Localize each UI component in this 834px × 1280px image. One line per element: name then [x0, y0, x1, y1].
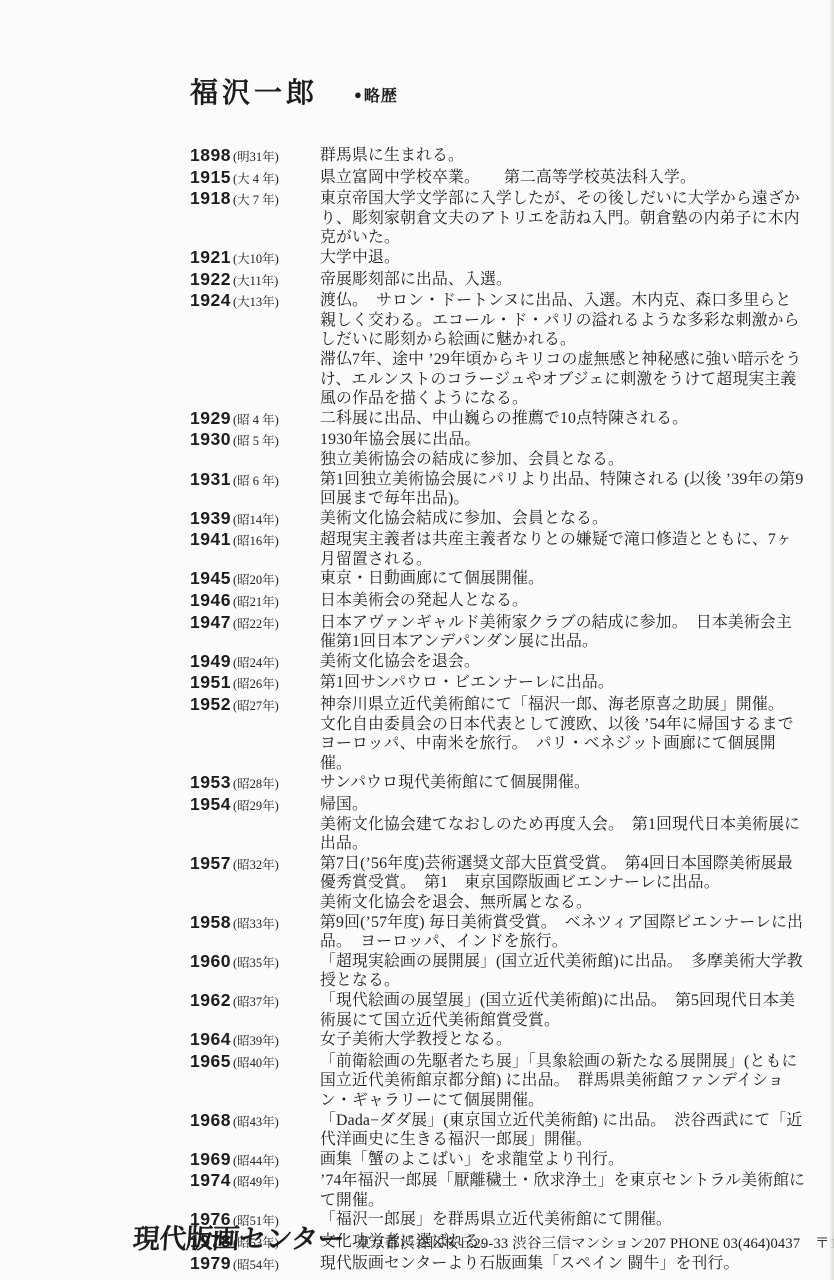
- chronology-entry: 1965(昭40年) 「前衛絵画の先駆者たち展」「具象絵画の新たなる展開展」(と…: [190, 1052, 806, 1111]
- entry-year: 1921: [190, 247, 231, 267]
- entry-paragraphs: ’74年福沢一郎展「厭離穢土・欣求浄土」を東京セントラル美術館にて開催。: [320, 1171, 806, 1210]
- chronology-entry: 1931(昭 6 年) 第1回独立美術協会展にパリより出品、特陳される (以後 …: [190, 470, 806, 509]
- entry-paragraphs: 画集「蟹のよこばい」を求龍堂より刊行。: [320, 1150, 806, 1170]
- entry-year: 1954: [190, 794, 231, 814]
- entry-year-column: 1898(明31年): [190, 146, 320, 168]
- entry-era: (昭22年): [233, 617, 279, 631]
- entry-paragraph: 現代版画センターより石版画集「スペイン 闘牛」を刊行。: [320, 1254, 806, 1274]
- page-title: 福沢一郎: [190, 80, 318, 108]
- entry-year: 1949: [190, 651, 231, 671]
- entry-paragraph: 帰国。: [320, 795, 806, 815]
- chronology-entry: 1939(昭14年) 美術文化協会結成に参加、会員となる。: [190, 509, 806, 531]
- entry-era: (昭49年): [233, 1175, 279, 1189]
- entry-paragraphs: 帰国。美術文化協会建てなおしのため再度入会。 第1回現代日本美術展に出品。: [320, 795, 806, 854]
- entry-year-column: 1958(昭33年): [190, 913, 320, 935]
- entry-era: (昭33年): [233, 917, 279, 931]
- entry-year: 1924: [190, 290, 231, 310]
- entry-paragraphs: 第9回(’57年度) 毎日美術賞受賞。 ベネツィア国際ビエンナーレに出品。 ヨー…: [320, 913, 806, 952]
- entry-paragraph: 「Dada−ダダ展」(東京国立近代美術館) に出品。 渋谷西武にて「近代洋画史に…: [320, 1111, 806, 1150]
- entry-year-column: 1918(大 7 年): [190, 189, 320, 211]
- entry-paragraph: 文化自由委員会の日本代表として渡欧、以後 ’54年に帰国するまでヨーロッパ、中南…: [320, 715, 806, 774]
- chronology-entry: 1953(昭28年) サンパウロ現代美術館にて個展開催。: [190, 773, 806, 795]
- entry-year: 1965: [190, 1051, 231, 1071]
- entry-year: 1947: [190, 612, 231, 632]
- entry-paragraphs: 二科展に出品、中山巍らの推薦で10点特陳される。: [320, 409, 806, 429]
- chronology-entry: 1930(昭 5 年) 1930年協会展に出品。独立美術協会の結成に参加、会員と…: [190, 430, 806, 469]
- subtitle-label: 略歴: [364, 83, 398, 106]
- entry-year-column: 1941(昭16年): [190, 530, 320, 552]
- entry-era: (大13年): [233, 295, 279, 309]
- entry-era: (昭40年): [233, 1056, 279, 1070]
- entry-era: (昭28年): [233, 777, 279, 791]
- entry-paragraph: 第7日(’56年度)芸術選奨文部大臣賞受賞。 第4回日本国際美術展最優秀賞受賞。…: [320, 854, 806, 893]
- entry-paragraph: ’74年福沢一郎展「厭離穢土・欣求浄土」を東京セントラル美術館にて開催。: [320, 1171, 806, 1210]
- bullet-icon: ●: [354, 88, 363, 101]
- entry-paragraphs: 東京帝国大学文学部に入学したが、その後しだいに大学から遠ざかり、彫刻家朝倉文夫の…: [320, 189, 806, 248]
- entry-paragraphs: 県立富岡中学校卒業。 第二高等学校英法科入学。: [320, 168, 806, 188]
- entry-year: 1915: [190, 167, 231, 187]
- chronology-entry: 1954(昭29年) 帰国。美術文化協会建てなおしのため再度入会。 第1回現代日…: [190, 795, 806, 854]
- entry-paragraphs: サンパウロ現代美術館にて個展開催。: [320, 773, 806, 793]
- chronology-entry: 1947(昭22年) 日本アヴァンギャルド美術家クラブの結成に参加。 日本美術会…: [190, 613, 806, 652]
- entry-paragraphs: 「Dada−ダダ展」(東京国立近代美術館) に出品。 渋谷西武にて「近代洋画史に…: [320, 1111, 806, 1150]
- chronology-entry: 1964(昭39年) 女子美術大学教授となる。: [190, 1030, 806, 1052]
- document-footer: 現代版画センター 東京都渋谷区桜丘29-33 渋谷三信マンション207 PHON…: [133, 1226, 834, 1253]
- entry-era: (大 7 年): [233, 193, 279, 207]
- entry-year: 1962: [190, 990, 231, 1010]
- entry-paragraph: 帝展彫刻部に出品、入選。: [320, 270, 806, 290]
- entry-year: 1918: [190, 188, 231, 208]
- entry-year-column: 1979(昭54年): [190, 1254, 320, 1276]
- entry-era: (昭 4 年): [233, 413, 279, 427]
- entry-year-column: 1924(大13年): [190, 291, 320, 313]
- entry-year: 1953: [190, 772, 231, 792]
- entry-year-column: 1951(昭26年): [190, 673, 320, 695]
- chronology-entry: 1962(昭37年) 「現代絵画の展望展」(国立近代美術館)に出品。 第5回現代…: [190, 991, 806, 1030]
- entry-year-column: 1962(昭37年): [190, 991, 320, 1013]
- entry-paragraph: 第1回サンパウロ・ビエンナーレに出品。: [320, 673, 806, 693]
- entry-paragraph: 1930年協会展に出品。: [320, 430, 806, 450]
- entry-paragraph: 第1回独立美術協会展にパリより出品、特陳される (以後 ’39年の第9回展まで毎…: [320, 470, 806, 509]
- publisher-address: 東京都渋谷区桜丘29-33 渋谷三信マンション207 PHONE 03(464)…: [356, 1232, 834, 1253]
- entry-paragraphs: 東京・日動画廊にて個展開催。: [320, 569, 806, 589]
- entry-paragraph: 神奈川県立近代美術館にて「福沢一郎、海老原喜之助展」開催。: [320, 695, 806, 715]
- entry-year-column: 1929(昭 4 年): [190, 409, 320, 431]
- entry-paragraph: 東京・日動画廊にて個展開催。: [320, 569, 806, 589]
- entry-year: 1957: [190, 853, 231, 873]
- scan-edge-shadow: [829, 0, 834, 1280]
- entry-era: (昭 5 年): [233, 434, 279, 448]
- chronology-entry: 1946(昭21年) 日本美術会の発起人となる。: [190, 591, 806, 613]
- entry-year-column: 1957(昭32年): [190, 854, 320, 876]
- entry-paragraphs: 1930年協会展に出品。独立美術協会の結成に参加、会員となる。: [320, 430, 806, 469]
- entry-paragraph: サンパウロ現代美術館にて個展開催。: [320, 773, 806, 793]
- entry-paragraphs: 女子美術大学教授となる。: [320, 1030, 806, 1050]
- entry-year: 1974: [190, 1170, 231, 1190]
- entry-paragraph: 東京帝国大学文学部に入学したが、その後しだいに大学から遠ざかり、彫刻家朝倉文夫の…: [320, 189, 806, 248]
- entry-era: (昭 6 年): [233, 474, 279, 488]
- entry-year: 1929: [190, 408, 231, 428]
- entry-paragraph: 独立美術協会の結成に参加、会員となる。: [320, 450, 806, 470]
- entry-paragraphs: 美術文化協会結成に参加、会員となる。: [320, 509, 806, 529]
- entry-year-column: 1949(昭24年): [190, 652, 320, 674]
- chronology-entry: 1941(昭16年) 超現実主義者は共産主義者なりとの嫌疑で滝口修造とともに、7…: [190, 530, 806, 569]
- entry-paragraphs: 渡仏。 サロン・ドートンヌに出品、入選。木内克、森口多里らと親しく交わる。エコー…: [320, 291, 806, 409]
- entry-paragraph: 日本アヴァンギャルド美術家クラブの結成に参加。 日本美術会主催第1回日本アンデパ…: [320, 613, 806, 652]
- chronology-entry: 1958(昭33年) 第9回(’57年度) 毎日美術賞受賞。 ベネツィア国際ビエ…: [190, 913, 806, 952]
- entry-year-column: 1921(大10年): [190, 248, 320, 270]
- entry-year-column: 1960(昭35年): [190, 952, 320, 974]
- entry-paragraphs: 「超現実絵画の展開展」(国立近代美術館)に出品。 多摩美術大学教授となる。: [320, 952, 806, 991]
- entry-year: 1969: [190, 1149, 231, 1169]
- entry-year-column: 1915(大 4 年): [190, 168, 320, 190]
- chronology-entry: 1974(昭49年) ’74年福沢一郎展「厭離穢土・欣求浄土」を東京セントラル美…: [190, 1171, 806, 1210]
- entry-paragraph: 大学中退。: [320, 248, 806, 268]
- entry-year: 1951: [190, 672, 231, 692]
- entry-paragraph: 美術文化協会を退会、無所属となる。: [320, 893, 806, 913]
- chronology-entry: 1921(大10年) 大学中退。: [190, 248, 806, 270]
- document-header: 福沢一郎 ● 略歴: [190, 80, 398, 108]
- entry-paragraph: 「超現実絵画の展開展」(国立近代美術館)に出品。 多摩美術大学教授となる。: [320, 952, 806, 991]
- entry-year: 1941: [190, 529, 231, 549]
- chronology-entry: 1952(昭27年) 神奈川県立近代美術館にて「福沢一郎、海老原喜之助展」開催。…: [190, 695, 806, 773]
- chronology-entry: 1898(明31年) 群馬県に生まれる。: [190, 146, 806, 168]
- entry-paragraphs: 群馬県に生まれる。: [320, 146, 806, 166]
- entry-year: 1952: [190, 694, 231, 714]
- entry-paragraph: 美術文化協会結成に参加、会員となる。: [320, 509, 806, 529]
- entry-era: (大10年): [233, 252, 279, 266]
- entry-paragraphs: 第1回独立美術協会展にパリより出品、特陳される (以後 ’39年の第9回展まで毎…: [320, 470, 806, 509]
- entry-era: (大 4 年): [233, 172, 279, 186]
- entry-paragraph: 滞仏7年、途中 ’29年頃からキリコの虚無感と神秘感に強い暗示をうけ、エルンスト…: [320, 350, 806, 409]
- entry-year-column: 1974(昭49年): [190, 1171, 320, 1193]
- entry-year: 1898: [190, 145, 231, 165]
- entry-paragraph: 女子美術大学教授となる。: [320, 1030, 806, 1050]
- entry-era: (昭44年): [233, 1154, 279, 1168]
- chronology-entry: 1957(昭32年) 第7日(’56年度)芸術選奨文部大臣賞受賞。 第4回日本国…: [190, 854, 806, 913]
- chronology-entry: 1915(大 4 年) 県立富岡中学校卒業。 第二高等学校英法科入学。: [190, 168, 806, 190]
- entry-era: (昭35年): [233, 956, 279, 970]
- entry-paragraphs: 「前衛絵画の先駆者たち展」「具象絵画の新たなる展開展」(ともに国立近代美術館京都…: [320, 1052, 806, 1111]
- entry-year-column: 1952(昭27年): [190, 695, 320, 717]
- entry-year-column: 1968(昭43年): [190, 1111, 320, 1133]
- entry-paragraphs: 日本アヴァンギャルド美術家クラブの結成に参加。 日本美術会主催第1回日本アンデパ…: [320, 613, 806, 652]
- entry-year-column: 1969(昭44年): [190, 1150, 320, 1172]
- entry-era: (昭14年): [233, 513, 279, 527]
- entry-year-column: 1946(昭21年): [190, 591, 320, 613]
- entry-paragraphs: 第7日(’56年度)芸術選奨文部大臣賞受賞。 第4回日本国際美術展最優秀賞受賞。…: [320, 854, 806, 913]
- entry-paragraph: 県立富岡中学校卒業。 第二高等学校英法科入学。: [320, 168, 806, 188]
- entry-paragraph: 美術文化協会建てなおしのため再度入会。 第1回現代日本美術展に出品。: [320, 815, 806, 854]
- entry-year-column: 1922(大11年): [190, 270, 320, 292]
- entry-paragraph: 二科展に出品、中山巍らの推薦で10点特陳される。: [320, 409, 806, 429]
- entry-era: (昭54年): [233, 1258, 279, 1272]
- entry-year-column: 1965(昭40年): [190, 1052, 320, 1074]
- entry-era: (昭21年): [233, 595, 279, 609]
- chronology-entry: 1924(大13年) 渡仏。 サロン・ドートンヌに出品、入選。木内克、森口多里ら…: [190, 291, 806, 409]
- chronology-list: 1898(明31年) 群馬県に生まれる。 1915(大 4 年) 県立富岡中学校…: [190, 146, 806, 1275]
- entry-year: 1946: [190, 590, 231, 610]
- entry-year: 1960: [190, 951, 231, 971]
- entry-paragraphs: 現代版画センターより石版画集「スペイン 闘牛」を刊行。: [320, 1254, 806, 1274]
- entry-era: (昭37年): [233, 995, 279, 1009]
- entry-era: (昭29年): [233, 799, 279, 813]
- entry-era: (昭32年): [233, 858, 279, 872]
- entry-year: 1931: [190, 469, 231, 489]
- entry-paragraph: 美術文化協会を退会。: [320, 652, 806, 672]
- entry-year-column: 1947(昭22年): [190, 613, 320, 635]
- entry-paragraph: 渡仏。 サロン・ドートンヌに出品、入選。木内克、森口多里らと親しく交わる。エコー…: [320, 291, 806, 350]
- entry-paragraph: 「現代絵画の展望展」(国立近代美術館)に出品。 第5回現代日本美術展にて国立近代…: [320, 991, 806, 1030]
- chronology-entry: 1969(昭44年) 画集「蟹のよこばい」を求龍堂より刊行。: [190, 1150, 806, 1172]
- entry-paragraph: 日本美術会の発起人となる。: [320, 591, 806, 611]
- chronology-entry: 1945(昭20年) 東京・日動画廊にて個展開催。: [190, 569, 806, 591]
- entry-era: (明31年): [233, 150, 279, 164]
- entry-year-column: 1945(昭20年): [190, 569, 320, 591]
- entry-year: 1968: [190, 1110, 231, 1130]
- chronology-entry: 1929(昭 4 年) 二科展に出品、中山巍らの推薦で10点特陳される。: [190, 409, 806, 431]
- subtitle: ● 略歴: [354, 83, 398, 106]
- entry-paragraphs: 日本美術会の発起人となる。: [320, 591, 806, 611]
- chronology-entry: 1979(昭54年) 現代版画センターより石版画集「スペイン 闘牛」を刊行。: [190, 1254, 806, 1276]
- entry-paragraphs: 第1回サンパウロ・ビエンナーレに出品。: [320, 673, 806, 693]
- entry-year: 1930: [190, 429, 231, 449]
- entry-paragraph: 第9回(’57年度) 毎日美術賞受賞。 ベネツィア国際ビエンナーレに出品。 ヨー…: [320, 913, 806, 952]
- entry-era: (昭16年): [233, 534, 279, 548]
- entry-era: (昭27年): [233, 699, 279, 713]
- chronology-entry: 1918(大 7 年) 東京帝国大学文学部に入学したが、その後しだいに大学から遠…: [190, 189, 806, 248]
- entry-era: (昭20年): [233, 573, 279, 587]
- entry-paragraph: 「前衛絵画の先駆者たち展」「具象絵画の新たなる展開展」(ともに国立近代美術館京都…: [320, 1052, 806, 1111]
- entry-year-column: 1939(昭14年): [190, 509, 320, 531]
- entry-paragraphs: 神奈川県立近代美術館にて「福沢一郎、海老原喜之助展」開催。文化自由委員会の日本代…: [320, 695, 806, 773]
- entry-era: (大11年): [233, 274, 278, 288]
- entry-year: 1945: [190, 568, 231, 588]
- entry-paragraphs: 超現実主義者は共産主義者なりとの嫌疑で滝口修造とともに、7ヶ月留置される。: [320, 530, 806, 569]
- entry-year: 1939: [190, 508, 231, 528]
- chronology-entry: 1968(昭43年) 「Dada−ダダ展」(東京国立近代美術館) に出品。 渋谷…: [190, 1111, 806, 1150]
- entry-paragraphs: 大学中退。: [320, 248, 806, 268]
- entry-paragraphs: 帝展彫刻部に出品、入選。: [320, 270, 806, 290]
- entry-era: (昭43年): [233, 1115, 279, 1129]
- entry-paragraphs: 「現代絵画の展望展」(国立近代美術館)に出品。 第5回現代日本美術展にて国立近代…: [320, 991, 806, 1030]
- chronology-entry: 1949(昭24年) 美術文化協会を退会。: [190, 652, 806, 674]
- entry-year-column: 1954(昭29年): [190, 795, 320, 817]
- entry-year: 1979: [190, 1253, 231, 1273]
- entry-paragraph: 群馬県に生まれる。: [320, 146, 806, 166]
- entry-era: (昭39年): [233, 1034, 279, 1048]
- entry-paragraphs: 美術文化協会を退会。: [320, 652, 806, 672]
- entry-year-column: 1953(昭28年): [190, 773, 320, 795]
- entry-year: 1958: [190, 912, 231, 932]
- chronology-entry: 1922(大11年) 帝展彫刻部に出品、入選。: [190, 270, 806, 292]
- publisher-logo: 現代版画センター: [132, 1226, 345, 1253]
- entry-era: (昭24年): [233, 656, 279, 670]
- entry-year-column: 1964(昭39年): [190, 1030, 320, 1052]
- entry-era: (昭26年): [233, 677, 279, 691]
- chronology-entry: 1951(昭26年) 第1回サンパウロ・ビエンナーレに出品。: [190, 673, 806, 695]
- entry-paragraph: 画集「蟹のよこばい」を求龍堂より刊行。: [320, 1150, 806, 1170]
- entry-year: 1922: [190, 269, 231, 289]
- entry-paragraph: 超現実主義者は共産主義者なりとの嫌疑で滝口修造とともに、7ヶ月留置される。: [320, 530, 806, 569]
- chronology-entry: 1960(昭35年) 「超現実絵画の展開展」(国立近代美術館)に出品。 多摩美術…: [190, 952, 806, 991]
- entry-year-column: 1931(昭 6 年): [190, 470, 320, 492]
- entry-year-column: 1930(昭 5 年): [190, 430, 320, 452]
- entry-year: 1964: [190, 1029, 231, 1049]
